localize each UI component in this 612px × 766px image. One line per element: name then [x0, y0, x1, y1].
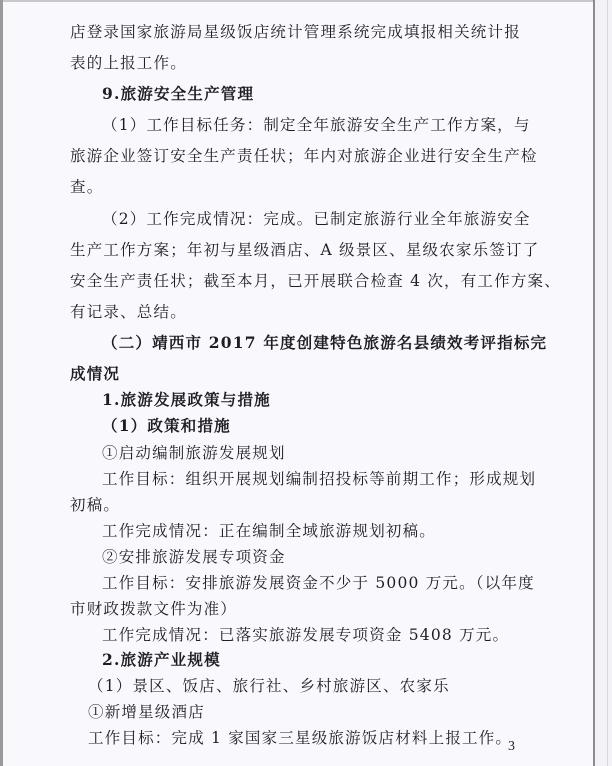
text-line: 市财政拨款文件为准）	[70, 599, 237, 619]
text-line: 安全生产责任状；截至本月，已开展联合检查 4 次，有工作方案、	[70, 271, 561, 291]
subsection-heading: （1）景区、饭店、旅行社、乡村旅游区、农家乐	[88, 676, 450, 696]
text-line: 工作目标：组织开展规划编制招投标等前期工作；形成规划	[102, 469, 536, 489]
text-line: （1）工作目标任务：制定全年旅游安全生产工作方案，与	[102, 115, 531, 135]
text-line: 旅游企业签订安全生产责任状；年内对旅游企业进行安全生产检	[70, 146, 538, 166]
page-number: 3	[508, 738, 515, 756]
list-item: ①新增星级酒店	[88, 702, 205, 722]
text-line: 查。	[70, 177, 103, 197]
scan-right-edge	[607, 0, 608, 766]
list-item: ①启动编制旅游发展规划	[102, 443, 286, 463]
text-line: 工作目标：安排旅游发展资金不少于 5000 万元。（以年度	[102, 573, 535, 593]
text-line: 店登录国家旅游局星级饭店统计管理系统完成填报相关统计报	[70, 22, 521, 42]
section-heading: 2.旅游产业规模	[102, 650, 221, 670]
text-line: 工作目标：完成 1 家国家三星级旅游饭店材料上报工作。	[88, 728, 512, 748]
section-heading: （二）靖西市 2017 年度创建特色旅游名县绩效考评指标完	[102, 333, 547, 353]
section-heading: 9.旅游安全生产管理	[102, 84, 254, 104]
text-line: 有记录、总结。	[70, 302, 187, 322]
text-line: 表的上报工作。	[70, 53, 187, 73]
text-line: 生产工作方案；年初与星级酒店、A 级景区、星级农家乐签订了	[70, 240, 539, 260]
text-line: 初稿。	[70, 495, 120, 515]
section-heading-continued: 成情况	[70, 364, 120, 384]
subsection-heading: 1.旅游发展政策与措施	[102, 390, 271, 410]
text-line: 工作完成情况：正在编制全域旅游规划初稿。	[102, 521, 436, 541]
scan-right-margin	[595, 0, 612, 766]
list-item: ②安排旅游发展专项资金	[102, 547, 286, 567]
scan-left-edge	[0, 0, 3, 766]
text-line: （2）工作完成情况：完成。已制定旅游行业全年旅游安全	[102, 209, 531, 229]
text-line: 工作完成情况：已落实旅游发展专项资金 5408 万元。	[102, 625, 509, 645]
subsection-heading: （1）政策和措施	[102, 416, 231, 436]
